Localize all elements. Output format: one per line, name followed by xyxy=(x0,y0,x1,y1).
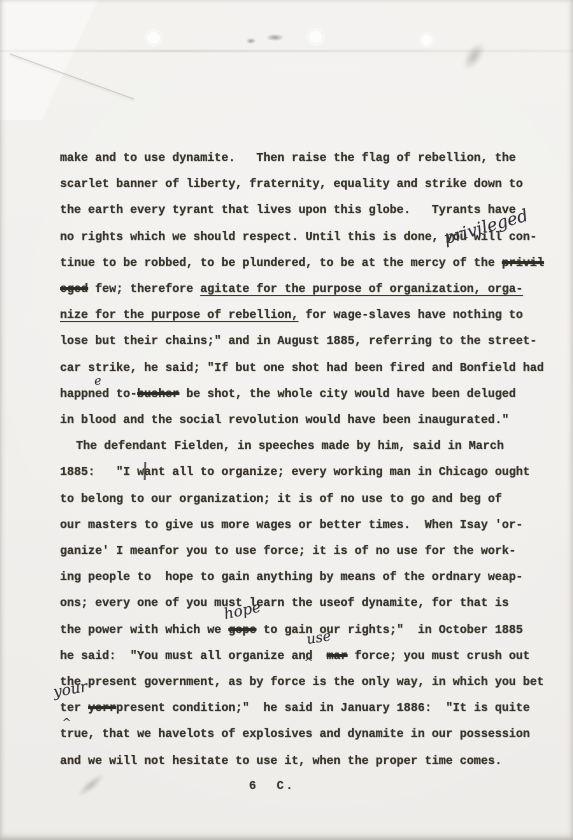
typed-text: lose but their chains;" and in August 18… xyxy=(60,334,537,348)
handwritten-e-insert: e xyxy=(94,373,103,388)
typed-line: The defendant Fielden, in speeches made … xyxy=(76,439,504,454)
typed-text: ing people to hope to gain anything by m… xyxy=(60,570,523,584)
pencil-mark xyxy=(266,34,284,41)
typed-text: present condition;" he said in January 1… xyxy=(116,701,530,715)
typed-line: in blood and the social revolution would… xyxy=(60,413,509,428)
typed-line: and we will not hesitate to use it, when… xyxy=(60,754,502,769)
caret-your-insert: ^ xyxy=(62,716,71,729)
typed-line: 1885: "I want all to organize; every wor… xyxy=(60,465,530,480)
typed-line: our masters to give us more wages or bet… xyxy=(60,518,523,533)
typed-text: he said: "You must all organize and xyxy=(60,649,327,663)
typed-text: ter xyxy=(60,701,88,715)
typed-line: car strike, he said; "If but one shot ha… xyxy=(60,361,544,376)
typed-text: the earth every tyrant that lives upon t… xyxy=(60,203,516,217)
struck-out-text: yerr xyxy=(88,701,116,715)
typed-line: ganize' I meanfor you to use force; it i… xyxy=(60,544,516,559)
typed-line: the present government, as by force is t… xyxy=(60,675,544,690)
struck-out-text: gope xyxy=(228,623,256,637)
typed-line: true, that we havelots of explosives and… xyxy=(60,727,530,742)
punch-hole xyxy=(146,31,161,45)
struck-out-text: busher xyxy=(137,387,179,401)
typed-line: ing people to hope to gain anything by m… xyxy=(60,570,523,585)
typed-line: to belong to our organization; it is of … xyxy=(60,492,502,507)
typed-line: lose but their chains;" and in August 18… xyxy=(60,334,537,349)
underlined-text: nize for the purpose of rebellion, xyxy=(60,308,298,322)
page-number-footer: 6 C. xyxy=(249,779,295,793)
pencil-mark xyxy=(246,38,256,44)
typed-text: for wage-slaves have nothing to xyxy=(298,308,522,322)
typed-text: to gain our rights;" in October 1885 xyxy=(256,623,523,637)
typed-text: and we will not hesitate to use it, when… xyxy=(60,754,502,768)
typed-text: tinue to be robbed, to be plundered, to … xyxy=(60,256,502,270)
typed-text: to belong to our organization; it is of … xyxy=(60,492,502,506)
typed-text: ganize' I meanfor you to use force; it i… xyxy=(60,544,516,558)
typed-line: nize for the purpose of rebellion, for w… xyxy=(60,308,523,323)
typed-text: our masters to give us more wages or bet… xyxy=(60,518,523,532)
typed-line: ter yerrpresent condition;" he said in J… xyxy=(60,701,530,716)
typed-line: happned to-busher be shot, the whole cit… xyxy=(60,387,516,402)
typed-line: tinue to be robbed, to be plundered, to … xyxy=(60,256,544,271)
typed-line: make and to use dynamite. Then raise the… xyxy=(60,151,516,166)
typed-line: the power with which we gope to gain our… xyxy=(60,623,523,638)
typed-text: ons; every one of you must learn the use… xyxy=(60,596,509,610)
typed-text: in blood and the social revolution would… xyxy=(60,413,509,427)
handwritten-use: use xyxy=(305,628,332,648)
typed-line: the earth every tyrant that lives upon t… xyxy=(60,203,516,218)
typed-line: he said: "You must all organize and mar … xyxy=(60,649,530,664)
caret-use-insert: ^ xyxy=(304,656,313,669)
punch-hole xyxy=(308,30,323,44)
typed-text: make and to use dynamite. Then raise the… xyxy=(60,151,516,165)
typed-line: ons; every one of you must learn the use… xyxy=(60,596,509,611)
smudge-mark xyxy=(458,38,489,73)
underlined-text: agitate for the purpose of organization,… xyxy=(200,282,523,296)
typed-text: The defendant Fielden, in speeches made … xyxy=(76,439,504,453)
typed-text: few; therefore xyxy=(88,282,200,296)
document-scan-page: make and to use dynamite. Then raise the… xyxy=(0,0,573,840)
struck-out-text: eged xyxy=(60,282,88,296)
typed-text: 1885: "I want all to organize; every wor… xyxy=(60,465,530,479)
typed-text: force; you must crush out xyxy=(348,649,530,663)
typed-text: true, that we havelots of explosives and… xyxy=(60,727,530,741)
smudge-mark xyxy=(75,770,107,800)
typed-text: the present government, as by force is t… xyxy=(60,675,544,689)
handwritten-your: your xyxy=(52,677,89,701)
page-fold-edge xyxy=(10,53,134,99)
page-fold-corner xyxy=(0,0,150,120)
typed-line: eged few; therefore agitate for the purp… xyxy=(60,282,523,297)
typed-text: the power with which we xyxy=(60,623,228,637)
struck-out-text: privil xyxy=(502,256,544,270)
typed-line: scarlet banner of liberty, fraternity, e… xyxy=(60,177,523,192)
punch-hole xyxy=(420,34,433,46)
typed-text: scarlet banner of liberty, fraternity, e… xyxy=(60,177,523,191)
typed-text: happned to- xyxy=(60,387,137,401)
typed-text: be shot, the whole city would have been … xyxy=(179,387,516,401)
struck-out-text: mar xyxy=(327,649,348,663)
typed-text: car strike, he said; "If but one shot ha… xyxy=(60,361,544,375)
